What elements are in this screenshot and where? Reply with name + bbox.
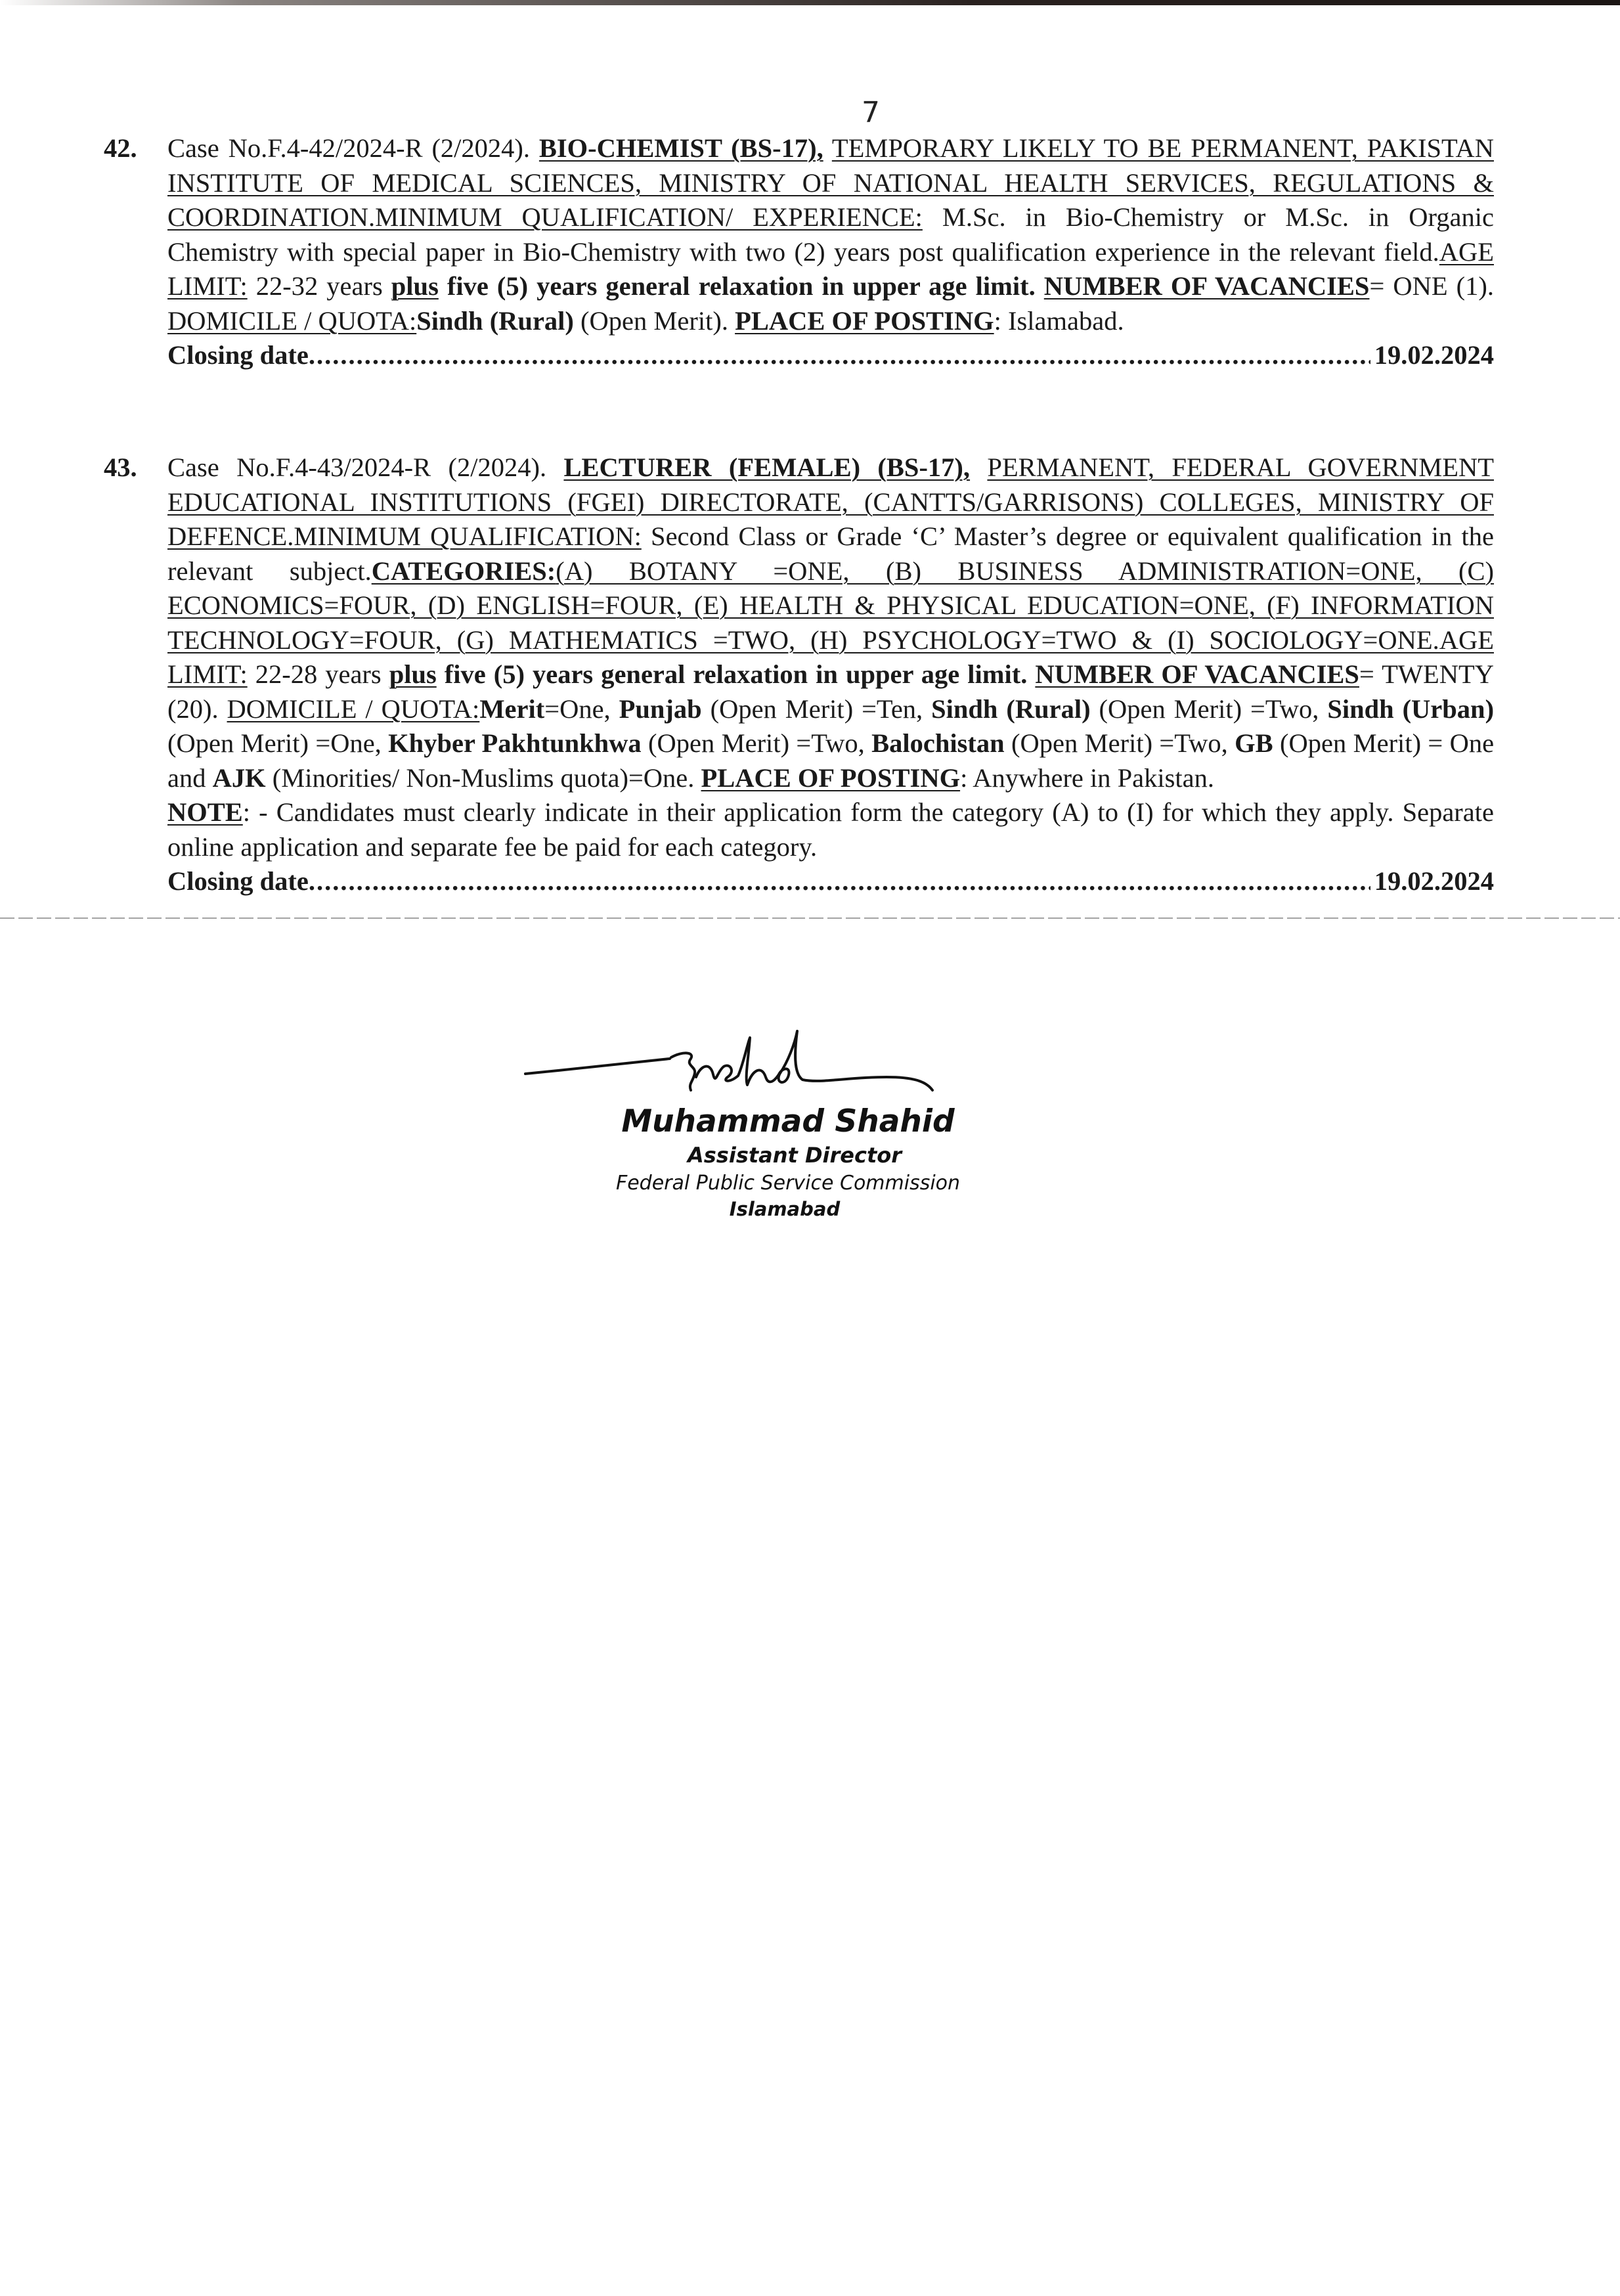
- quota-region: AJK: [213, 763, 266, 793]
- signatory-name: Muhammad Shahid: [493, 1103, 1084, 1139]
- relaxation: five (5) years general relaxation in upp…: [447, 271, 1036, 301]
- quota-region: Merit: [479, 694, 544, 724]
- case-no: Case No.F.4-43/2024-R (2/2024).: [167, 453, 546, 482]
- posting: : Islamabad.: [994, 306, 1124, 336]
- domicile-label: DOMICILE / QUOTA:: [227, 694, 480, 724]
- closing-date: 19.02.2024: [1370, 338, 1494, 373]
- case-number: 42.: [104, 131, 137, 166]
- handwritten-signature-icon: [519, 1011, 1110, 1103]
- quota-region: Sindh (Rural): [931, 694, 1090, 724]
- signatory-organization: Federal Public Service Commission: [493, 1172, 1084, 1195]
- posting-label: PLACE OF POSTING: [701, 763, 961, 793]
- closing-date: 19.02.2024: [1370, 864, 1494, 899]
- case-body: Case No.F.4-42/2024-R (2/2024). BIO-CHEM…: [167, 131, 1494, 373]
- age-limit: 22-28 years: [255, 659, 382, 689]
- case-number: 43.: [104, 451, 137, 485]
- quota-detail: (Open Merit) =Two,: [648, 728, 865, 758]
- quota-region: Sindh (Urban): [1327, 694, 1494, 724]
- case-42: 42. Case No.F.4-42/2024-R (2/2024). BIO-…: [104, 131, 1496, 373]
- signatory-title: Assistant Director: [499, 1143, 1090, 1168]
- posting: : Anywhere in Pakistan.: [960, 763, 1214, 793]
- leader-dots: [309, 338, 1370, 373]
- note-label: NOTE: [167, 797, 243, 827]
- post-title: BIO-CHEMIST (BS-17),: [539, 133, 823, 163]
- closing-date-row: Closing date 19.02.2024: [167, 864, 1494, 899]
- closing-label: Closing date: [167, 338, 309, 373]
- categories-label: CATEGORIES:: [372, 556, 556, 586]
- case-43: 43. Case No.F.4-43/2024-R (2/2024). LECT…: [104, 451, 1496, 899]
- relaxation: five (5) years general relaxation in upp…: [445, 659, 1028, 689]
- quota-region: Khyber Pakhtunkhwa: [388, 728, 642, 758]
- posting-label: PLACE OF POSTING: [735, 306, 994, 336]
- note: : - Candidates must clearly indicate in …: [167, 797, 1494, 862]
- plus-label: plus: [389, 659, 437, 689]
- scan-artifact-line: [0, 917, 1620, 919]
- page-number: 7: [862, 96, 880, 129]
- closing-label: Closing date: [167, 864, 309, 899]
- closing-date-row: Closing date 19.02.2024: [167, 338, 1494, 373]
- vacancies: = ONE (1).: [1369, 271, 1494, 301]
- quota-region: Punjab: [619, 694, 702, 724]
- quota-detail: (Open Merit) =Two,: [1099, 694, 1319, 724]
- vacancies-label: NUMBER OF VACANCIES: [1035, 659, 1359, 689]
- age-limit: 22-32 years: [256, 271, 383, 301]
- domicile-label: DOMICILE / QUOTA:: [167, 306, 416, 336]
- quota-detail: =One,: [544, 694, 610, 724]
- post-title: LECTURER (FEMALE) (BS-17),: [563, 453, 970, 482]
- leader-dots: [309, 864, 1370, 899]
- quota-detail: (Minorities/ Non-Muslims quota)=One.: [273, 763, 695, 793]
- domicile-rest: (Open Merit).: [580, 306, 728, 336]
- quota-detail: (Open Merit) =Ten,: [711, 694, 923, 724]
- case-no: Case No.F.4-42/2024-R (2/2024).: [167, 133, 530, 163]
- quota-detail: (Open Merit) =One,: [167, 728, 382, 758]
- scan-top-edge: [0, 0, 1620, 5]
- signature-block: Muhammad Shahid Assistant Director Feder…: [519, 1011, 1110, 1287]
- quota-region: GB: [1235, 728, 1273, 758]
- case-body: Case No.F.4-43/2024-R (2/2024). LECTURER…: [167, 451, 1494, 899]
- signatory-city: Islamabad: [489, 1198, 1080, 1220]
- quota-detail: (Open Merit) =Two,: [1011, 728, 1228, 758]
- plus-label: plus: [391, 271, 439, 301]
- vacancies-label: NUMBER OF VACANCIES: [1044, 271, 1370, 301]
- domicile-region: Sindh (Rural): [416, 306, 574, 336]
- quota-region: Balochistan: [871, 728, 1005, 758]
